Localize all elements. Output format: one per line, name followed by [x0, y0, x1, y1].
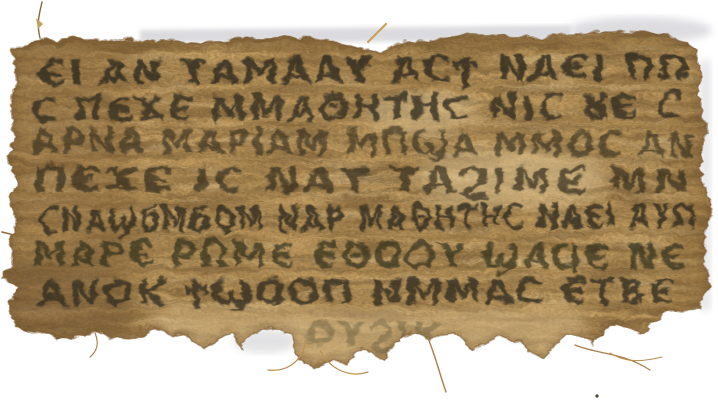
inscription-line-7: ΑΝΟΚ ϮϢΟΟΠ ΝΜΜΑϹ ЄΤΒЄ	[36, 270, 676, 312]
inscription-line-4: ΠЄϪЄ ΙϹ ΝΑΥ ΤΑϨΙΜЄ ΜΝ	[30, 158, 690, 200]
inscription-line-6: ΜΑΡЄ ΡΩΜЄ ЄΘΟΟΥ ϢΑϤЄ ΝЄ	[30, 232, 685, 275]
photo-canvas: ЄΙ ΑΝ ΤΑΜΑΑΥ ΑϹϮ ΝΑЄΙ ΠΩ Ϲ ΠЄϪЄ ΜΜΑΘΗΤΗϹ…	[0, 0, 718, 404]
inscription: ЄΙ ΑΝ ΤΑΜΑΑΥ ΑϹϮ ΝΑЄΙ ΠΩ Ϲ ΠЄϪЄ ΜΜΑΘΗΤΗϹ…	[28, 46, 696, 353]
papyrus-photo: ЄΙ ΑΝ ΤΑΜΑΑΥ ΑϹϮ ΝΑЄΙ ΠΩ Ϲ ΠЄϪЄ ΜΜΑΘΗΤΗϹ…	[0, 0, 718, 404]
dust-speck	[595, 394, 598, 397]
